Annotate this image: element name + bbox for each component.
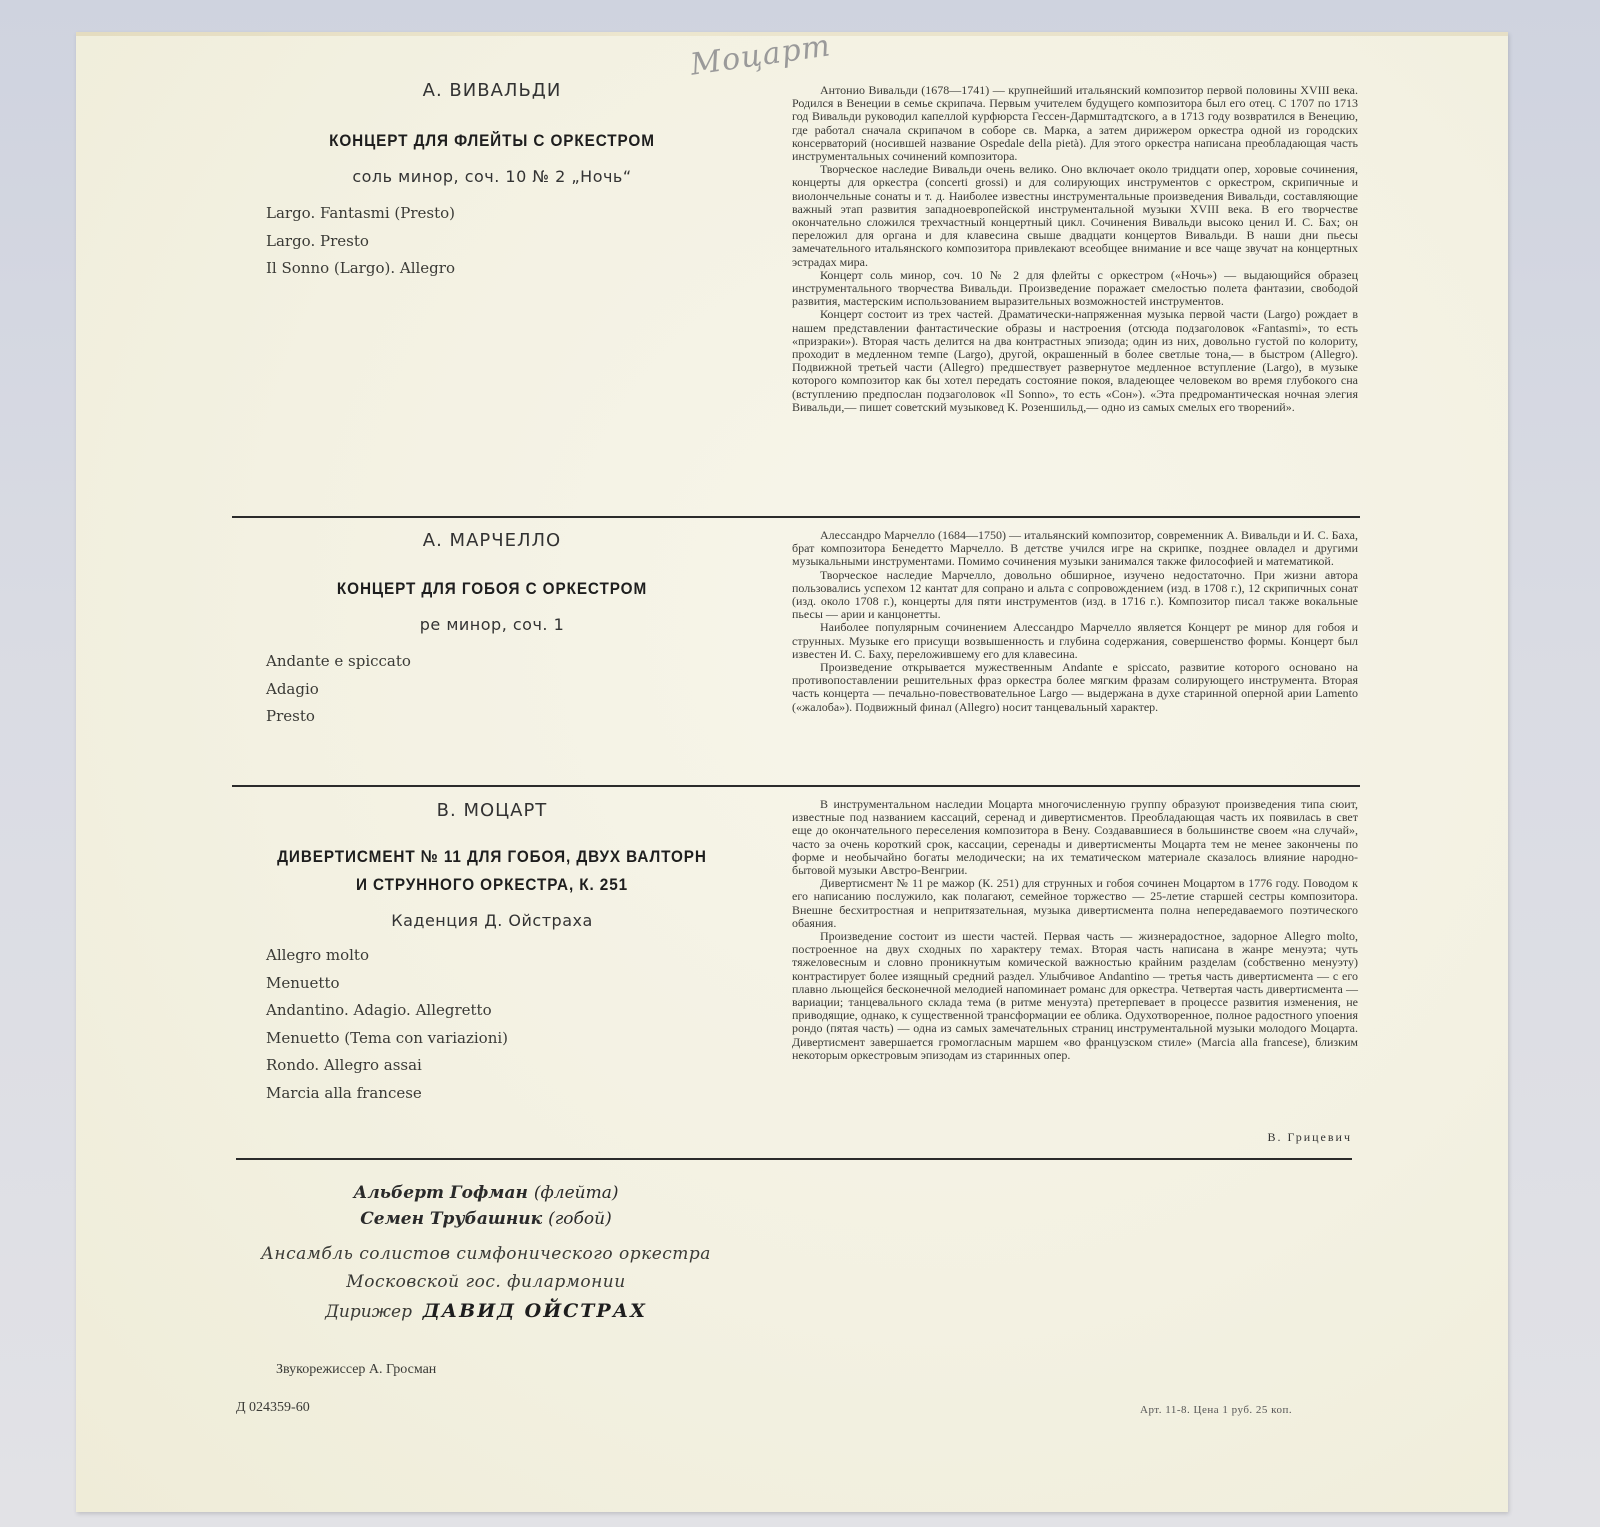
movement: Menuetto (266, 970, 752, 998)
movement: Rondo. Allegro assai (266, 1052, 752, 1080)
notes-marcello: Алессандро Марчелло (1684—1750) — италья… (792, 529, 1358, 714)
work-title: КОНЦЕРТ ДЛЯ ГОБОЯ С ОРКЕСТРОМ (258, 575, 726, 603)
movement: Il Sonno (Largo). Allegro (266, 255, 752, 283)
movement-list: Andante e spiccato Adagio Presto (232, 648, 752, 731)
catalog-number: Д 024359-60 (236, 1400, 310, 1416)
section-divider (232, 516, 1360, 518)
notes-mozart: В инструментальном наследии Моцарта мног… (792, 798, 1358, 1062)
work-key: соль минор, соч. 10 № 2 „Ночь“ (232, 167, 752, 186)
notes-paragraph: Произведение состоит из шести частей. Пе… (792, 930, 1358, 1062)
movement: Adagio (266, 676, 752, 704)
composer-name: А. ВИВАЛЬДИ (232, 80, 752, 101)
performer-name: Альберт Гофман (354, 1183, 528, 1203)
movement: Presto (266, 703, 752, 731)
price-label: Арт. 11-8. Цена 1 руб. 25 коп. (1140, 1404, 1292, 1416)
notes-paragraph: Творческое наследие Вивальди очень велик… (792, 163, 1358, 269)
work-key: ре минор, соч. 1 (232, 615, 752, 634)
conductor-label: Дирижер (325, 1302, 412, 1322)
section-mozart-program: В. МОЦАРТ ДИВЕРТИСМЕНТ № 11 ДЛЯ ГОБОЯ, Д… (232, 800, 752, 1107)
section-marcello-program: А. МАРЧЕЛЛО КОНЦЕРТ ДЛЯ ГОБОЯ С ОРКЕСТРО… (232, 530, 752, 731)
notes-author: В. Грицевич (1100, 1130, 1352, 1145)
notes-vivaldi: Антонио Вивальди (1678—1741) — крупнейши… (792, 84, 1358, 414)
ensemble-line: Ансамбль солистов симфонического оркестр… (236, 1240, 736, 1268)
performer-name: Семен Трубашник (360, 1209, 542, 1229)
movement: Allegro molto (266, 942, 752, 970)
notes-paragraph: Концерт соль минор, соч. 10 № 2 для флей… (792, 269, 1358, 309)
performer: Семен Трубашник (гобой) (236, 1206, 736, 1232)
movement: Largo. Presto (266, 228, 752, 256)
notes-paragraph: Концерт состоит из трех частей. Драматич… (792, 308, 1358, 414)
composer-name: В. МОЦАРТ (232, 800, 752, 821)
performer-instrument: (гобой) (548, 1209, 612, 1229)
section-divider (236, 1158, 1352, 1160)
conductor-name: ДАВИД ОЙСТРАХ (423, 1300, 647, 1322)
performer-credits: Альберт Гофман (флейта) Семен Трубашник … (236, 1180, 736, 1322)
work-title: КОНЦЕРТ ДЛЯ ФЛЕЙТЫ С ОРКЕСТРОМ (258, 127, 726, 155)
sound-engineer-credit: Звукорежиссер А. Гросман (276, 1362, 436, 1378)
performer: Альберт Гофман (флейта) (236, 1180, 736, 1206)
section-divider (232, 785, 1360, 787)
conductor-credit: Дирижер ДАВИД ОЙСТРАХ (236, 1300, 736, 1322)
notes-paragraph: Дивертисмент № 11 ре мажор (К. 251) для … (792, 877, 1358, 930)
notes-paragraph: Произведение открывается мужественным An… (792, 661, 1358, 714)
work-title-line-1: ДИВЕРТИСМЕНТ № 11 ДЛЯ ГОБОЯ, ДВУХ ВАЛТОР… (258, 843, 726, 871)
notes-paragraph: Наиболее популярным сочинением Алессандр… (792, 621, 1358, 661)
notes-paragraph: Антонио Вивальди (1678—1741) — крупнейши… (792, 84, 1358, 163)
movement: Menuetto (Tema con variazioni) (266, 1025, 752, 1053)
cadenza-credit: Каденция Д. Ойстраха (232, 911, 752, 930)
movement: Andante e spiccato (266, 648, 752, 676)
movement: Marcia alla francese (266, 1080, 752, 1108)
performer-instrument: (флейта) (534, 1183, 619, 1203)
composer-name: А. МАРЧЕЛЛО (232, 530, 752, 551)
ensemble-line: Московской гос. филармонии (236, 1268, 736, 1296)
work-title-line-2: И СТРУННОГО ОРКЕСТРА, К. 251 (258, 871, 726, 899)
movement: Andantino. Adagio. Allegretto (266, 997, 752, 1025)
movement-list: Allegro molto Menuetto Andantino. Adagio… (232, 942, 752, 1107)
notes-paragraph: Алессандро Марчелло (1684—1750) — италья… (792, 529, 1358, 569)
section-vivaldi-program: А. ВИВАЛЬДИ КОНЦЕРТ ДЛЯ ФЛЕЙТЫ С ОРКЕСТР… (232, 80, 752, 283)
notes-paragraph: В инструментальном наследии Моцарта мног… (792, 798, 1358, 877)
movement: Largo. Fantasmi (Presto) (266, 200, 752, 228)
notes-paragraph: Творческое наследие Марчелло, довольно о… (792, 569, 1358, 622)
movement-list: Largo. Fantasmi (Presto) Largo. Presto I… (232, 200, 752, 283)
